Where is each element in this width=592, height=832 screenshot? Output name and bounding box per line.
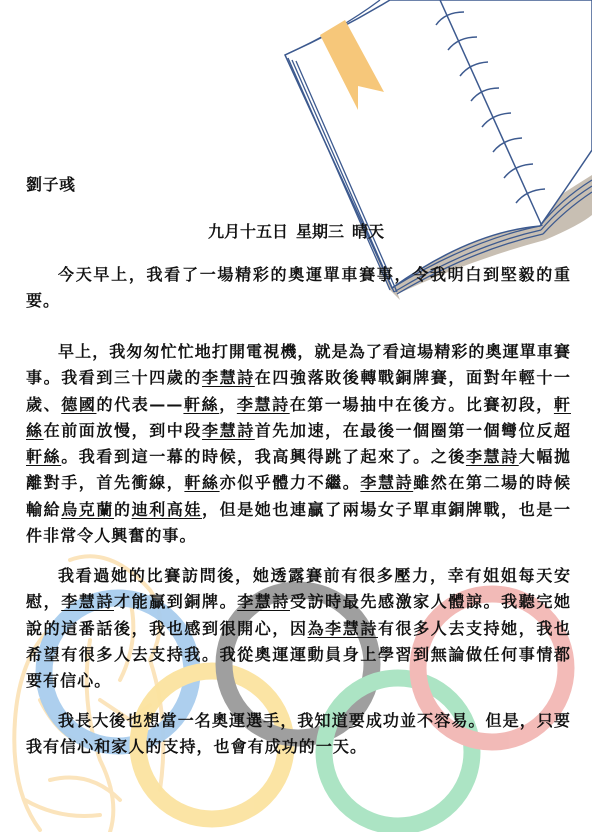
text-segment: 的代表—— (96, 395, 183, 414)
paragraph-intro: 今天早上，我看了一場精彩的奧運單車賽事，令我明白到堅毅的重要。 (26, 262, 571, 315)
paragraph-race: 早上，我匆匆忙忙地打開電視機，就是為了看這場精彩的奧運單車賽事。我看到三十四歲的… (26, 339, 571, 549)
diary-page: 劉子彧 九月十五日星期三晴天 今天早上，我看了一場精彩的奧運單車賽事，令我明白到… (0, 0, 592, 832)
text-segment: 我長大後也想當一名奧運選手，我知道要成功並不容易。但是，只要我有信心和家人的支持… (26, 711, 571, 756)
paragraph-conclusion: 我長大後也想當一名奧運選手，我知道要成功並不容易。但是，只要我有信心和家人的支持… (26, 708, 571, 761)
proper-noun: 李慧詩 (202, 421, 255, 440)
text-segment: 。我看到這一幕的時候，我高興得跳了起來了。之後 (61, 447, 466, 466)
date: 九月十五日 (208, 222, 288, 241)
text-segment: ， (219, 395, 237, 414)
proper-noun: 為李慧詩 (308, 619, 378, 638)
proper-noun: 迪利高娃 (132, 500, 202, 519)
proper-noun: 德國 (61, 395, 96, 414)
text-segment: 首先加速，在最後一個圈第一個彎位反超 (255, 421, 571, 440)
author-name: 劉子彧 (26, 172, 76, 195)
proper-noun: 李慧詩 (237, 395, 290, 414)
proper-noun: 軒絲 (183, 395, 219, 414)
proper-noun: 軒絲 (26, 447, 61, 466)
text-segment: 的 (114, 500, 132, 519)
weekday: 星期三 (296, 222, 344, 241)
weather: 晴天 (352, 222, 384, 241)
text-segment: 亦似乎體力不繼。 (220, 473, 361, 492)
proper-noun: 李慧詩 (61, 592, 114, 611)
text-segment: 今天早上，我看了一場精彩的奧運單車賽事，令我明白到堅毅的重要。 (26, 265, 571, 310)
proper-noun: 軒絲 (184, 473, 219, 492)
proper-noun: 李慧詩 (466, 447, 519, 466)
text-segment: 在第一場抽中在後方。比賽初段， (290, 395, 554, 414)
paragraph-interview: 我看過她的比賽訪問後，她透露賽前有很多壓力，幸有姐姐每天安慰，李慧詩才能贏到銅牌… (26, 563, 571, 694)
proper-noun: 烏克蘭 (61, 500, 114, 519)
text-segment: 在前面放慢，到中段 (44, 421, 202, 440)
text-segment: 才能贏到銅牌。 (114, 592, 237, 611)
proper-noun: 李慧詩 (360, 473, 413, 492)
proper-noun: 李慧詩 (237, 592, 290, 611)
date-line: 九月十五日星期三晴天 (0, 219, 592, 242)
proper-noun: 李慧詩 (202, 368, 255, 387)
